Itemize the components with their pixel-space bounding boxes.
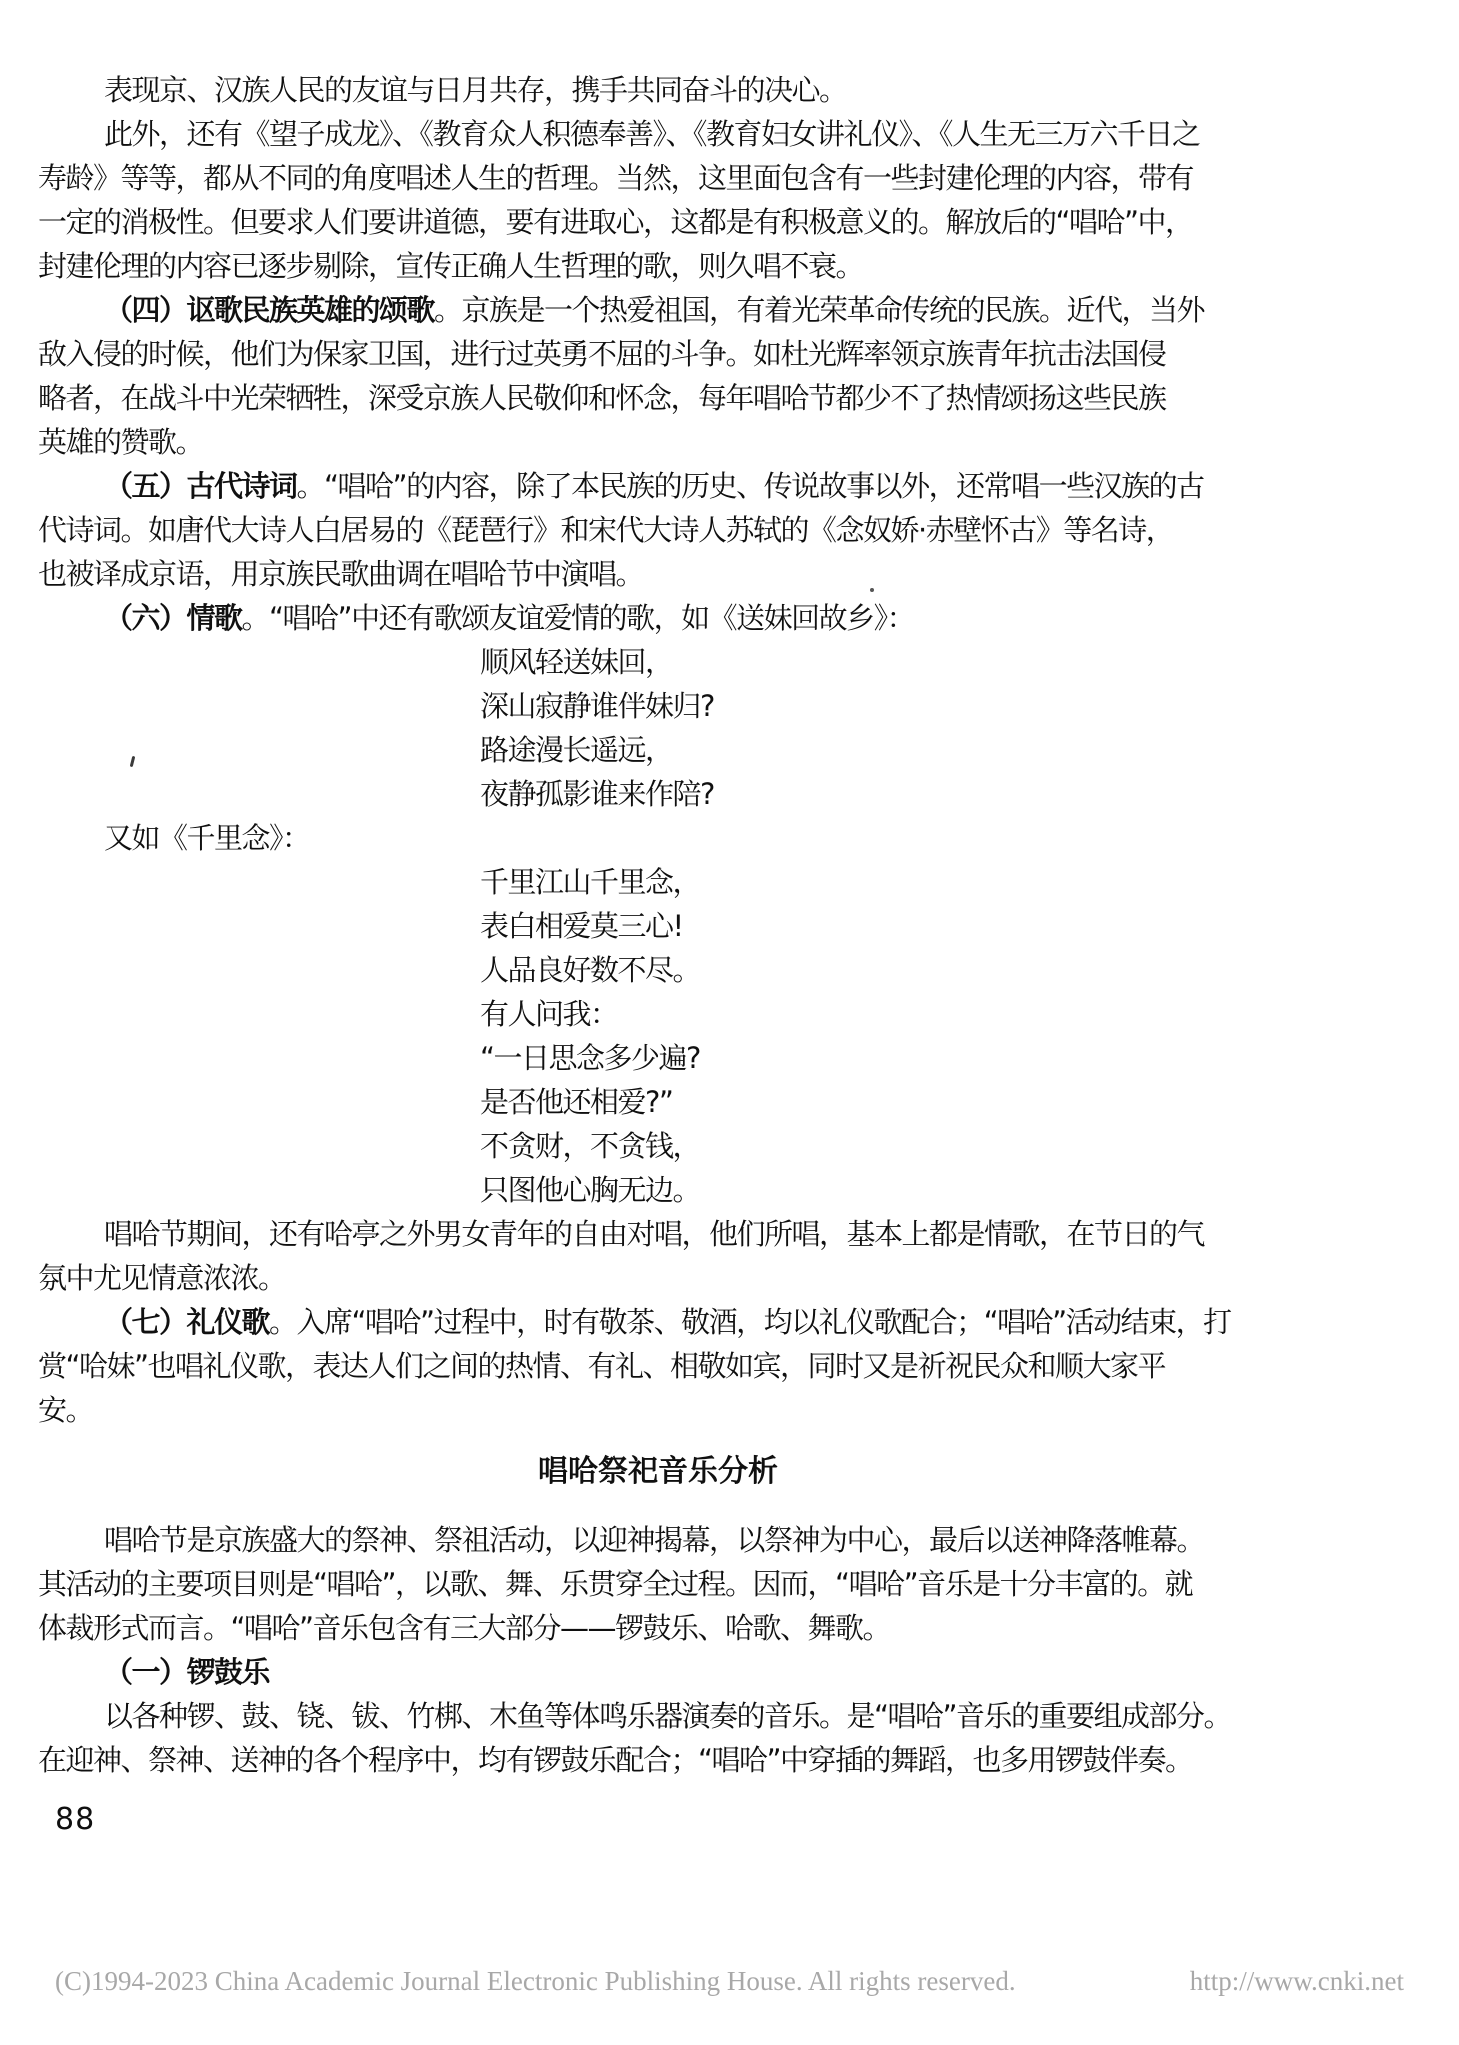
line-text: 体裁形式而言。“唱哈”音乐包含有三大部分——锣鼓乐、哈歌、舞歌。 [38,1611,890,1645]
text-line: 也被译成京语，用京族民歌曲调在唱哈节中演唱。 [38,552,1278,596]
footer-url: http://www.cnki.net [1190,1966,1404,1997]
text-line: 唱哈节是京族盛大的祭神、祭祖活动，以迎神揭幕，以祭神为中心，最后以送神降落帷幕。 [38,1518,1278,1562]
line-text: 。入席“唱哈”过程中，时有敬茶、敬酒，均以礼仪歌配合；“唱哈”活动结束，打 [269,1305,1231,1339]
poem-line: 不贪财，不贪钱， [38,1124,1278,1168]
text-line: 一定的消极性。但要求人们要讲道德，要有进取心，这都是有积极意义的。解放后的“唱哈… [38,200,1278,244]
line-text: 。“唱哈”的内容，除了本民族的历史、传说故事以外，还常唱一些汉族的古 [297,469,1204,503]
line-text: 夜静孤影谁来作陪? [480,777,714,811]
line-text: “一日思念多少遍? [480,1041,700,1075]
text-line: 体裁形式而言。“唱哈”音乐包含有三大部分——锣鼓乐、哈歌、舞歌。 [38,1606,1278,1650]
text-line: 氛中尤见情意浓浓。 [38,1256,1278,1300]
line-text: 氛中尤见情意浓浓。 [38,1261,286,1295]
line-text: 有人问我： [480,997,618,1031]
text-line: 赏“哈妹”也唱礼仪歌，表达人们之间的热情、有礼、相敬如宾，同时又是祈祝民众和顺大… [38,1344,1278,1388]
text-line: （五）古代诗词。“唱哈”的内容，除了本民族的历史、传说故事以外，还常唱一些汉族的… [38,464,1278,508]
line-text: 又如《千里念》： [104,821,310,855]
poem-line: 深山寂静谁伴妹归? [38,684,1278,728]
text-line: （七）礼仪歌。入席“唱哈”过程中，时有敬茶、敬酒，均以礼仪歌配合；“唱哈”活动结… [38,1300,1278,1344]
text-line: 安。 [38,1388,1278,1432]
text-line: （四）讴歌民族英雄的颂歌。京族是一个热爱祖国，有着光荣革命传统的民族。近代，当外 [38,288,1278,332]
poem-line: 是否他还相爱?” [38,1080,1278,1124]
poem-line: 人品良好数不尽。 [38,948,1278,992]
line-text: 表现京、汉族人民的友谊与日月共存，携手共同奋斗的决心。 [104,73,847,107]
poem-line: 夜静孤影谁来作陪? [38,772,1278,816]
line-text: 略者，在战斗中光荣牺牲，深受京族人民敬仰和怀念，每年唱哈节都少不了热情颂扬这些民… [38,381,1166,415]
text-line: 又如《千里念》： [38,816,1278,860]
line-text: 。京族是一个热爱祖国，有着光荣革命传统的民族。近代，当外 [434,293,1204,327]
line-text: 以各种锣、鼓、铙、钹、竹梆、木鱼等体鸣乐器演奏的音乐。是“唱哈”音乐的重要组成部… [104,1699,1231,1733]
page-number: 88 [55,1798,95,1842]
line-text: 寿龄》等等，都从不同的角度唱述人生的哲理。当然，这里面包含有一些封建伦理的内容，… [38,161,1193,195]
text-line: 此外，还有《望子成龙》、《教育众人积德奉善》、《教育妇女讲礼仪》、《人生无三万六… [38,112,1278,156]
line-lead-bold: （五）古代诗词 [104,469,297,503]
footer-copyright: (C)1994-2023 China Academic Journal Elec… [55,1966,1016,1997]
line-text: 。“唱哈”中还有歌颂友谊爱情的歌，如《送妹回故乡》： [242,601,915,635]
text-line: 敌入侵的时候，他们为保家卫国，进行过英勇不屈的斗争。如杜光辉率领京族青年抗击法国… [38,332,1278,376]
poem-line: 只图他心胸无边。 [38,1168,1278,1212]
line-text: 英雄的赞歌。 [38,425,203,459]
line-text: 路途漫长遥远， [480,733,673,767]
text-line: 英雄的赞歌。 [38,420,1278,464]
journal-page: 表现京、汉族人民的友谊与日月共存，携手共同奋斗的决心。 此外，还有《望子成龙》、… [0,0,1459,2045]
text-line: 封建伦理的内容已逐步剔除，宣传正确人生哲理的歌，则久唱不衰。 [38,244,1278,288]
line-text: 其活动的主要项目则是“唱哈”，以歌、舞、乐贯穿全过程。因而，“唱哈”音乐是十分丰… [38,1567,1192,1601]
line-text: 一定的消极性。但要求人们要讲道德，要有进取心，这都是有积极意义的。解放后的“唱哈… [38,205,1193,239]
poem-line: 有人问我： [38,992,1278,1036]
section-heading: 唱哈祭祀音乐分析 [38,1450,1278,1494]
line-text: 顺风轻送妹回， [480,645,673,679]
text-line: 代诗词。如唐代大诗人白居易的《琵琶行》和宋代大诗人苏轼的《念奴娇·赤壁怀古》等名… [38,508,1278,552]
line-text: 千里江山千里念， [480,865,700,899]
poem-line: 路途漫长遥远， [38,728,1278,772]
line-text: 只图他心胸无边。 [480,1173,700,1207]
line-text: 在迎神、祭神、送神的各个程序中，均有锣鼓乐配合；“唱哈”中穿插的舞蹈，也多用锣鼓… [38,1743,1193,1777]
line-text: 也被译成京语，用京族民歌曲调在唱哈节中演唱。 [38,557,643,591]
line-text: 深山寂静谁伴妹归? [480,689,714,723]
line-lead-bold: （四）讴歌民族英雄的颂歌 [104,293,434,327]
scan-artifact [870,588,874,592]
text-block: 表现京、汉族人民的友谊与日月共存，携手共同奋斗的决心。 此外，还有《望子成龙》、… [38,68,1278,1782]
line-text: 是否他还相爱?” [480,1085,672,1119]
poem-line: “一日思念多少遍? [38,1036,1278,1080]
poem-line: 千里江山千里念， [38,860,1278,904]
poem-line: 顺风轻送妹回， [38,640,1278,684]
text-line: 唱哈节期间，还有哈亭之外男女青年的自由对唱，他们所唱，基本上都是情歌，在节日的气 [38,1212,1278,1256]
line-text: 唱哈节期间，还有哈亭之外男女青年的自由对唱，他们所唱，基本上都是情歌，在节日的气 [104,1217,1204,1251]
text-line: 寿龄》等等，都从不同的角度唱述人生的哲理。当然，这里面包含有一些封建伦理的内容，… [38,156,1278,200]
line-text: 唱哈节是京族盛大的祭神、祭祖活动，以迎神揭幕，以祭神为中心，最后以送神降落帷幕。 [104,1523,1204,1557]
line-text: 此外，还有《望子成龙》、《教育众人积德奉善》、《教育妇女讲礼仪》、《人生无三万六… [104,117,1200,151]
line-text: 封建伦理的内容已逐步剔除，宣传正确人生哲理的歌，则久唱不衰。 [38,249,863,283]
text-line: （一）锣鼓乐 [38,1650,1278,1694]
poem-line: 表白相爱莫三心! [38,904,1278,948]
line-lead-bold: （一）锣鼓乐 [104,1655,269,1689]
page-footer: (C)1994-2023 China Academic Journal Elec… [55,1966,1404,1997]
line-text: 表白相爱莫三心! [480,909,683,943]
text-line: 略者，在战斗中光荣牺牲，深受京族人民敬仰和怀念，每年唱哈节都少不了热情颂扬这些民… [38,376,1278,420]
line-text: 安。 [38,1393,93,1427]
text-line: （六）情歌。“唱哈”中还有歌颂友谊爱情的歌，如《送妹回故乡》： [38,596,1278,640]
line-text: 敌入侵的时候，他们为保家卫国，进行过英勇不屈的斗争。如杜光辉率领京族青年抗击法国… [38,337,1166,371]
line-text: 代诗词。如唐代大诗人白居易的《琵琶行》和宋代大诗人苏轼的《念奴娇·赤壁怀古》等名… [38,513,1173,547]
text-line: 在迎神、祭神、送神的各个程序中，均有锣鼓乐配合；“唱哈”中穿插的舞蹈，也多用锣鼓… [38,1738,1278,1782]
text-line: 以各种锣、鼓、铙、钹、竹梆、木鱼等体鸣乐器演奏的音乐。是“唱哈”音乐的重要组成部… [38,1694,1278,1738]
line-lead-bold: （七）礼仪歌 [104,1305,269,1339]
line-text: 赏“哈妹”也唱礼仪歌，表达人们之间的热情、有礼、相敬如宾，同时又是祈祝民众和顺大… [38,1349,1165,1383]
text-line: 其活动的主要项目则是“唱哈”，以歌、舞、乐贯穿全过程。因而，“唱哈”音乐是十分丰… [38,1562,1278,1606]
line-text: 不贪财，不贪钱， [480,1129,700,1163]
line-text: 人品良好数不尽。 [480,953,700,987]
line-lead-bold: （六）情歌 [104,601,242,635]
text-line: 表现京、汉族人民的友谊与日月共存，携手共同奋斗的决心。 [38,68,1278,112]
